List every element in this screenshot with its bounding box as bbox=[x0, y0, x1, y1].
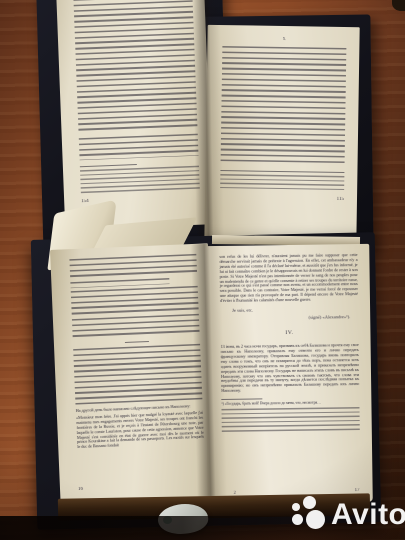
photo-of-two-open-books: 154 5. 115 На другой день было написано … bbox=[0, 0, 405, 540]
letter-signature: (signé) «Alexandre»¹). bbox=[220, 314, 358, 321]
bottom-book-left-page: На другой день было написано слѣдующее п… bbox=[50, 243, 218, 503]
footnote-separator bbox=[80, 164, 137, 167]
text-block bbox=[73, 344, 202, 405]
chapter-text: 13 іюня, въ 2 часа ночи государь, призва… bbox=[221, 343, 360, 394]
letter-continuation: son refus de les lui délivrer, n'auraien… bbox=[219, 253, 358, 304]
avito-logo-icon bbox=[290, 496, 327, 533]
corner-object bbox=[392, 0, 405, 11]
avito-watermark: Avito bbox=[290, 496, 405, 533]
text-block bbox=[69, 254, 197, 279]
page-number: 115 bbox=[220, 195, 344, 202]
chapter-heading: IV. bbox=[220, 329, 358, 337]
avito-watermark-label: Avito bbox=[331, 498, 405, 532]
top-book-right-page: 5. 115 bbox=[204, 25, 359, 245]
page-number: 16 bbox=[78, 487, 83, 492]
text-block bbox=[79, 134, 199, 161]
text-block bbox=[71, 286, 199, 316]
paper-scrap-detail bbox=[163, 516, 172, 524]
text-block bbox=[221, 46, 347, 166]
bottom-book-right-page: son refus de les lui délivrer, n'auraien… bbox=[204, 244, 373, 504]
footnote-block bbox=[220, 174, 344, 193]
section-mark: 5. bbox=[222, 35, 346, 42]
letter-text: «Monsieur mon frère. J'ai appris hier qu… bbox=[76, 411, 205, 472]
footnote-block bbox=[80, 166, 200, 195]
text-block bbox=[72, 314, 200, 340]
page-number: 17 bbox=[355, 488, 360, 493]
footnote-separator bbox=[220, 170, 344, 173]
footnote-block bbox=[221, 407, 359, 435]
text-block bbox=[73, 0, 197, 133]
top-book-left-page: 154 bbox=[56, 0, 213, 230]
footnote-opening: ¹) «Государь, братъ мой! Вчера дошло до … bbox=[221, 400, 359, 407]
letter-closing: Je suis, etc. bbox=[220, 306, 358, 313]
footnote-separator bbox=[221, 398, 262, 400]
signature-mark: 2 bbox=[234, 490, 236, 495]
section-separator bbox=[124, 341, 148, 343]
